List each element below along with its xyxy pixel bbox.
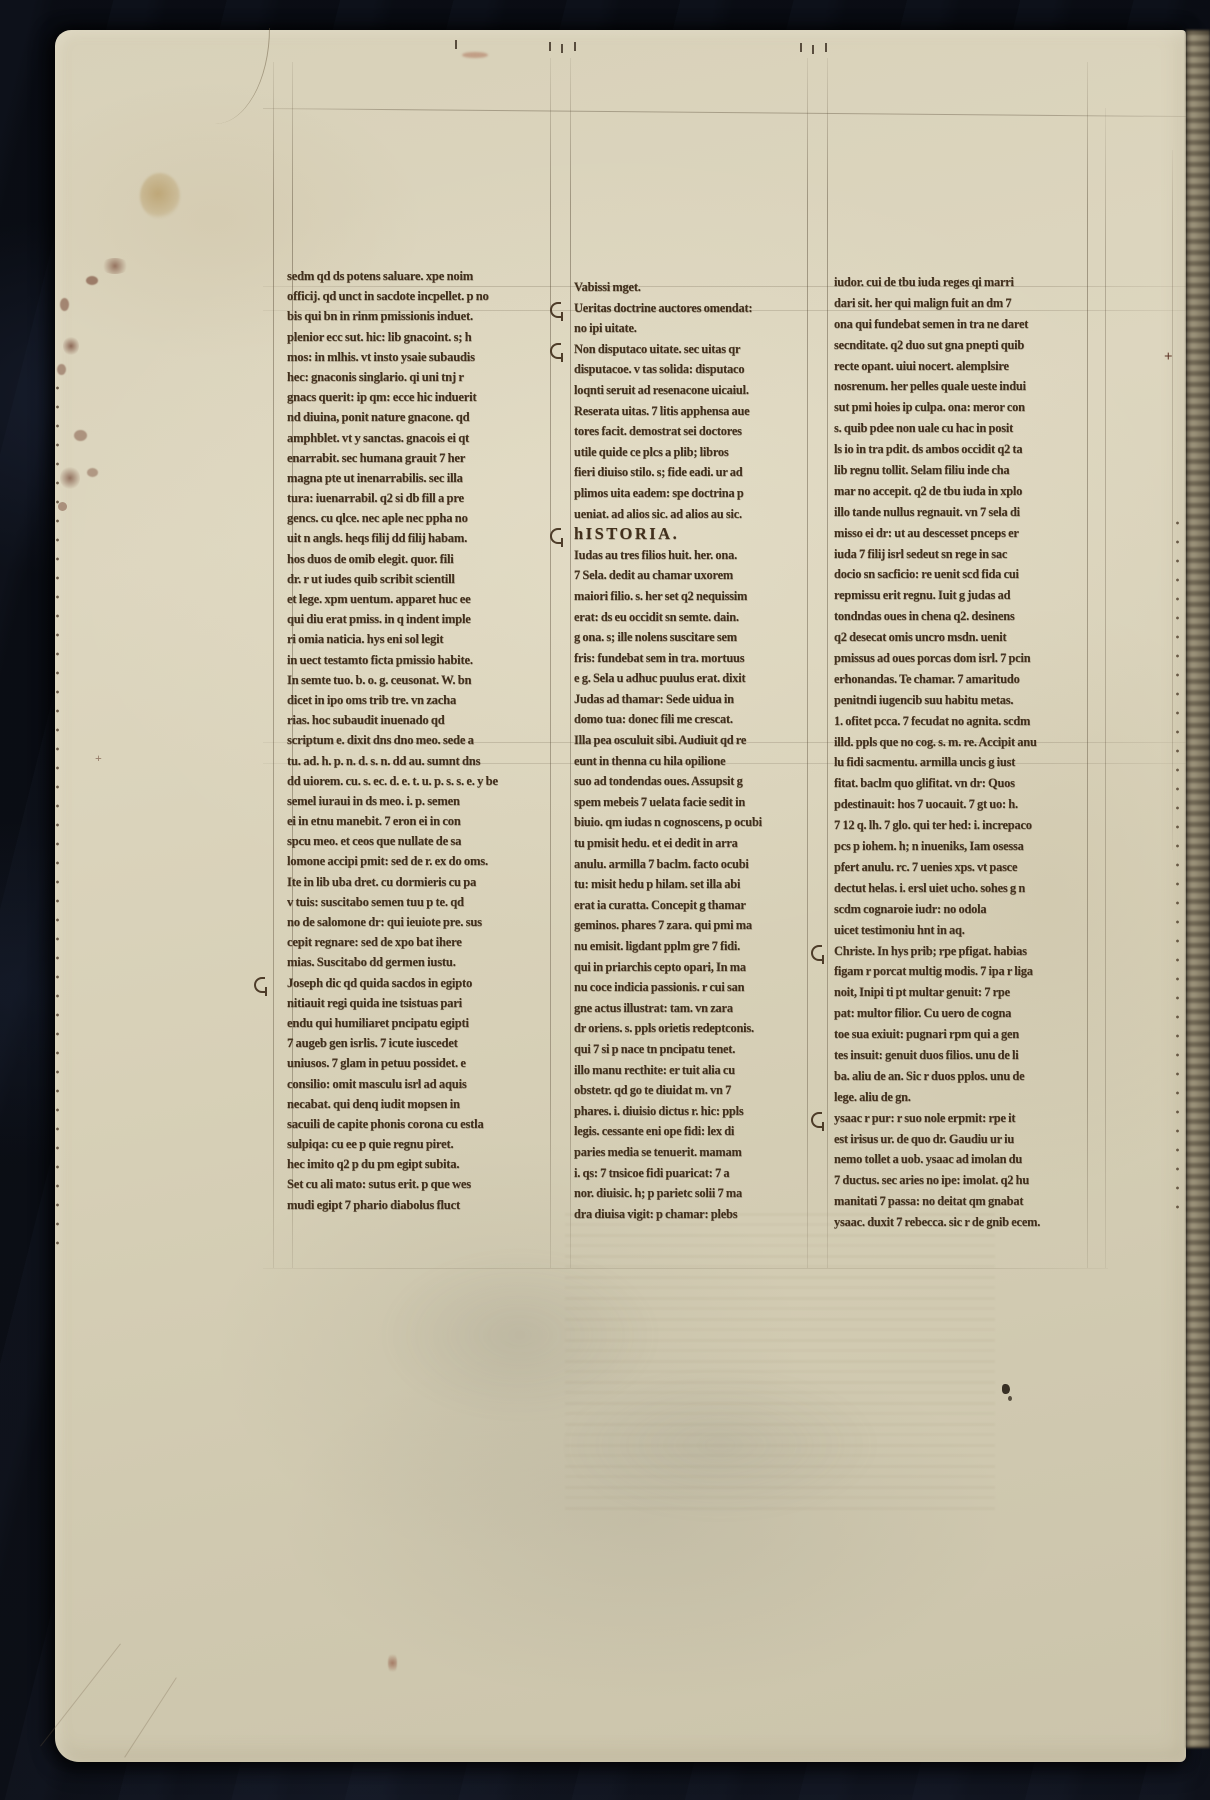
fold-crease <box>205 28 270 124</box>
text-line: iudor. cui de tbu iuda reges qi marri <box>834 272 1086 293</box>
text-line: tu pmisit hedu. et ei dedit in arra <box>574 833 804 854</box>
text-line: 7 ductus. sec aries no ipe: imolat. q2 h… <box>834 1170 1086 1191</box>
text-line: spcu meo. et ceos que nullate de sa <box>287 831 549 851</box>
stain <box>87 468 98 477</box>
text-line: v tuis: suscitabo semen tuu p te. qd <box>287 892 549 912</box>
text-line: plimos uita eadem: spe doctrina p <box>574 483 804 504</box>
text-line: Joseph dic qd quida sacdos in egipto <box>287 973 549 993</box>
text-line: consilio: omit masculu isrl ad aquis <box>287 1074 549 1094</box>
quire-mark <box>825 43 827 52</box>
text-line: obstetr. qd go te diuidat m. vn 7 <box>574 1080 804 1101</box>
text-line: amphblet. vt y sanctas. gnacois ei qt <box>287 428 549 448</box>
text-line: Judas ad thamar: Sede uidua in <box>574 689 804 710</box>
text-line: eunt in thenna cu hila opilione <box>574 751 804 772</box>
stain <box>100 258 130 274</box>
text-line: e g. Sela u adhuc puulus erat. dixit <box>574 668 804 689</box>
text-line: manitati 7 passa: no deitat qm gnabat <box>834 1191 1086 1212</box>
cross-mark-left: + <box>95 752 102 764</box>
text-line: nosrenum. her pelles quale ueste indui <box>834 376 1086 397</box>
stain <box>60 466 80 490</box>
text-line: nd diuina, ponit nature gnacone. qd <box>287 407 549 427</box>
text-line: dr oriens. s. ppls orietis redeptconis. <box>574 1018 804 1039</box>
text-line: disputacoe. v tas solida: disputaco <box>574 359 804 380</box>
text-showthrough <box>565 1210 995 1510</box>
text-column-3: iudor. cui de tbu iuda reges qi marridar… <box>834 272 1086 1233</box>
text-line: hec: gnaconis singlario. qi uni tnj r <box>287 367 549 387</box>
text-line: dd uiorem. cu. s. ec. d. e. t. u. p. s. … <box>287 771 549 791</box>
text-line: g ona. s; ille nolens suscitare sem <box>574 627 804 648</box>
text-line: utile quide ce plcs a plib; libros <box>574 442 804 463</box>
text-line: 7 augeb gen isrlis. 7 icute iuscedet <box>287 1033 549 1053</box>
text-line: sacuili de capite phonis corona cu estla <box>287 1114 549 1134</box>
text-line: no ipi uitate. <box>574 318 804 339</box>
rubric-smear <box>462 52 488 58</box>
text-line: ona qui fundebat semen in tra ne daret <box>834 314 1086 335</box>
text-line: gnacs querit: ip qm: ecce hic induerit <box>287 387 549 407</box>
paraph-mark <box>811 945 822 961</box>
quire-mark <box>800 43 802 52</box>
text-line: erhonandas. Te chamar. 7 amaritudo <box>834 669 1086 690</box>
text-line: Non disputaco uitate. sec uitas qr <box>574 339 804 360</box>
text-line: In semte tuo. b. o. g. ceusonat. W. bn <box>287 670 549 690</box>
text-line: illo manu recthite: er tuit alia cu <box>574 1060 804 1081</box>
text-line: sedm qd ds potens saluare. xpe noim <box>287 266 549 286</box>
text-line: no de salomone dr: qui ieuiote pre. sus <box>287 912 549 932</box>
text-line: dra diuisa vigit: p chamar: plebs <box>574 1204 804 1225</box>
text-line: pmissus ad oues porcas dom isrl. 7 pcin <box>834 648 1086 669</box>
crease-line <box>40 1643 121 1746</box>
text-line: phares. i. diuisio dictus r. hic: ppls <box>574 1101 804 1122</box>
stain <box>63 336 79 356</box>
text-line: ba. aliu de an. Sic r duos pplos. unu de <box>834 1066 1086 1087</box>
text-line: 7 12 q. lh. 7 glo. qui ter hed: i. incre… <box>834 815 1086 836</box>
text-line: qui 7 si p nace tn pncipatu tenet. <box>574 1039 804 1060</box>
text-line: mos: in mlhis. vt insto ysaie subaudis <box>287 347 549 367</box>
fore-edge-pages <box>1186 30 1210 1748</box>
text-line: illo tande nullus regnauit. vn 7 sela di <box>834 502 1086 523</box>
ruling-line-vertical <box>1087 62 1088 1268</box>
text-line: sut pmi hoies ip culpa. ona: meror con <box>834 397 1086 418</box>
text-line: nu emisit. ligdant pplm gre 7 fidi. <box>574 936 804 957</box>
ink-spot <box>1008 1396 1012 1401</box>
text-line: mias. Suscitabo dd germen iustu. <box>287 952 549 972</box>
text-line: tondndas oues in chena q2. desinens <box>834 606 1086 627</box>
text-line: lege. aliu de gn. <box>834 1087 1086 1108</box>
ruling-line-vertical <box>1105 108 1106 1268</box>
text-line: legis. cessante eni ope fidi: lex di <box>574 1121 804 1142</box>
text-line: erat: ds eu occidit sn semte. dain. <box>574 607 804 628</box>
text-line: dr. r ut iudes quib scribit scientill <box>287 569 549 589</box>
text-line: nu coce indicia passionis. r cui san <box>574 977 804 998</box>
text-line: tura: iuenarrabil. q2 si db fill a pre <box>287 488 549 508</box>
text-line: necabat. qui denq iudit mopsen in <box>287 1094 549 1114</box>
text-line: domo tua: donec fili me crescat. <box>574 709 804 730</box>
text-column-2: Vabissi mget.Ueritas doctrine auctores o… <box>574 277 804 1224</box>
text-line: erat ia curatta. Concepit g thamar <box>574 895 804 916</box>
text-line: scriptum e. dixit dns dno meo. sede a <box>287 730 549 750</box>
text-line: penitndi iugencib suu habitu metas. <box>834 690 1086 711</box>
text-line: qui diu erat pmiss. in q indent imple <box>287 609 549 629</box>
text-line: loqnti seruit ad resenacone uicaiul. <box>574 380 804 401</box>
text-line: secnditate. q2 duo sut gna pnepti quib <box>834 335 1086 356</box>
text-line: Ite in lib uba dret. cu dormieris cu pa <box>287 872 549 892</box>
quire-mark <box>561 44 563 53</box>
text-line: officij. qd unct in sacdote incpellet. p… <box>287 286 549 306</box>
paraph-mark <box>811 1112 822 1128</box>
text-line: mudi egipt 7 phario diabolus fluct <box>287 1195 549 1215</box>
text-line: iuda 7 filij isrl sedeut sn rege in sac <box>834 544 1086 565</box>
text-line: semel iuraui in ds meo. i. p. semen <box>287 791 549 811</box>
manuscript-photograph: { "document": { "kind": "medieval manusc… <box>0 0 1210 1800</box>
text-line: ls io in tra pdit. ds ambos occidit q2 t… <box>834 439 1086 460</box>
text-line: docio sn sacficio: re uenit scd fida cui <box>834 564 1086 585</box>
text-line: Iudas au tres filios huit. her. ona. <box>574 545 804 566</box>
text-line: magna pte ut inenarrabilis. sec illa <box>287 468 549 488</box>
cross-mark-right: + <box>1164 350 1173 365</box>
text-line: nitiauit regi quida ine tsistuas pari <box>287 993 549 1013</box>
paraph-mark <box>550 302 561 318</box>
text-line: ei in etnu manebit. 7 eron ei in con <box>287 811 549 831</box>
text-line: figam r porcat multig modis. 7 ipa r lig… <box>834 961 1086 982</box>
crease-line <box>124 1677 177 1757</box>
text-line: toe sua exiuit: pugnari rpm qui a gen <box>834 1024 1086 1045</box>
stain <box>58 502 67 511</box>
text-column-1: sedm qd ds potens saluare. xpe noimoffic… <box>287 266 549 1215</box>
text-line: Illa pea osculuit sibi. Audiuit qd re <box>574 730 804 751</box>
text-line: pat: multor filior. Cu uero de cogna <box>834 1003 1086 1024</box>
text-line: uit n angls. heqs filij dd filij habam. <box>287 528 549 548</box>
paraph-mark <box>550 528 561 544</box>
text-line: tu. ad. h. p. n. d. s. n. dd au. sumnt d… <box>287 751 549 771</box>
text-line: cepit regnare: sed de xpo bat ihere <box>287 932 549 952</box>
paraph-mark <box>550 343 561 359</box>
text-line: biuio. qm iudas n cognoscens, p ocubi <box>574 812 804 833</box>
stain <box>388 1652 397 1674</box>
text-line: maiori filio. s. her set q2 nequissim <box>574 586 804 607</box>
text-line: fieri diuiso stilo. s; fide eadi. ur ad <box>574 462 804 483</box>
text-line: ysaac. duxit 7 rebecca. sic r de gnib ec… <box>834 1212 1086 1233</box>
text-line: dari sit. her qui malign fuit an dm 7 <box>834 293 1086 314</box>
ink-spot <box>1002 1384 1010 1394</box>
pricking-holes-right <box>1176 520 1179 1210</box>
text-line: rias. hoc subaudit inuenado qd <box>287 710 549 730</box>
text-line: noit, Inipi ti pt multar genuit: 7 rpe <box>834 982 1086 1003</box>
text-line: Set cu ali mato: sutus erit. p que wes <box>287 1174 549 1194</box>
text-line: dicet in ipo oms trib tre. vn zacha <box>287 690 549 710</box>
text-line: anulu. armilla 7 baclm. facto ocubi <box>574 854 804 875</box>
text-line: uniusos. 7 glam in petuu possidet. e <box>287 1053 549 1073</box>
text-line: geminos. phares 7 zara. qui pmi ma <box>574 915 804 936</box>
ruling-line-vertical <box>570 58 571 1268</box>
text-line: lu fidi sacmentu. armilla uncis g iust <box>834 752 1086 773</box>
text-line: est irisus ur. de quo dr. Gaudiu ur iu <box>834 1129 1086 1150</box>
ruling-line-vertical <box>550 58 551 1268</box>
text-line: gne actus illustrat: tam. vn zara <box>574 998 804 1019</box>
text-line: suo ad tondendas oues. Assupsit g <box>574 771 804 792</box>
text-line: pdestinauit: hos 7 uocauit. 7 gt uo: h. <box>834 794 1086 815</box>
quire-mark <box>549 42 551 51</box>
text-line: s. quib pdee non uale cu hac in posit <box>834 418 1086 439</box>
text-line: pcs p iohem. h; n inueniks, Iam osessa <box>834 836 1086 857</box>
text-line: enarrabit. sec humana grauit 7 her <box>287 448 549 468</box>
stain <box>60 298 69 311</box>
text-line: repmissu erit regnu. Iuit g judas ad <box>834 585 1086 606</box>
pricking-holes-left <box>56 385 59 1245</box>
text-line: ysaac r pur: r suo nole erpmit: rpe it <box>834 1108 1086 1129</box>
text-line: scdm cognaroie iudr: no odola <box>834 899 1086 920</box>
quire-mark <box>455 40 457 49</box>
text-line: pfert anulu. rc. 7 uenies xps. vt pasce <box>834 857 1086 878</box>
text-line: i. qs: 7 tnsicoe fidi puaricat: 7 a <box>574 1163 804 1184</box>
paraph-mark <box>254 977 265 993</box>
ruling-line-vertical <box>1172 150 1173 850</box>
stain <box>74 430 87 441</box>
text-line: tes insuit: genuit duos filios. unu de l… <box>834 1045 1086 1066</box>
text-line: dectut helas. i. ersl uiet ucho. sohes g… <box>834 878 1086 899</box>
text-line: q2 desecat omis uncro msdn. uenit <box>834 627 1086 648</box>
section-heading-historia: hISTORIA. <box>574 524 804 545</box>
text-line: ri omia naticia. hys eni sol legit <box>287 629 549 649</box>
text-line: misso ei dr: ut au descesset pnceps er <box>834 523 1086 544</box>
text-line: endu qui humiliaret pncipatu egipti <box>287 1013 549 1033</box>
text-line: ueniat. ad alios sic. ad alios au sic. <box>574 504 804 525</box>
text-line: Christe. In hys prib; rpe pfigat. habias <box>834 941 1086 962</box>
text-line: sulpiqa: cu ee p quie regnu piret. <box>287 1134 549 1154</box>
text-line: fris: fundebat sem in tra. mortuus <box>574 648 804 669</box>
text-line: lib regnu tollit. Selam filiu inde cha <box>834 460 1086 481</box>
text-line: illd. ppls que no cog. s. m. re. Accipit… <box>834 732 1086 753</box>
quire-mark <box>574 42 576 51</box>
text-line: 7 Sela. dedit au chamar uxorem <box>574 565 804 586</box>
text-line: gencs. cu qlce. nec aple nec ppha no <box>287 508 549 528</box>
text-line: Vabissi mget. <box>574 277 804 298</box>
text-line: spem mebeis 7 uelata facie sedit in <box>574 792 804 813</box>
ruling-line-vertical <box>273 62 274 1268</box>
text-line: tores facit. demostrat sei doctores <box>574 421 804 442</box>
text-line: nemo tollet a uob. ysaac ad imolan du <box>834 1149 1086 1170</box>
text-line: qui in priarchis cepto opari, In ma <box>574 957 804 978</box>
text-line: hos duos de omib elegit. quor. fili <box>287 549 549 569</box>
text-line: Reserata uitas. 7 litis apphensa aue <box>574 401 804 422</box>
text-line: lomone accipi pmit: sed de r. ex do oms. <box>287 851 549 871</box>
text-line: 1. ofitet pcca. 7 fecudat no agnita. scd… <box>834 711 1086 732</box>
stain <box>86 276 98 285</box>
text-line: in uect testamto ficta pmissio habite. <box>287 650 549 670</box>
quire-mark <box>812 45 814 54</box>
text-line: recte opant. uiui nocert. alemplsire <box>834 356 1086 377</box>
text-line: et lege. xpm uentum. apparet huc ee <box>287 589 549 609</box>
text-line: nor. diuisic. h; p parietc solii 7 ma <box>574 1183 804 1204</box>
text-line: fitat. baclm quo glifitat. vn dr: Quos <box>834 773 1086 794</box>
text-line: plenior ecc sut. hic: lib gnacoint. s; h <box>287 327 549 347</box>
text-line: bis qui bn in rinm pmissionis induet. <box>287 306 549 326</box>
stain <box>140 173 180 219</box>
text-line: uicet testimoniu hnt in aq. <box>834 920 1086 941</box>
text-line: hec imito q2 p du pm egipt subita. <box>287 1154 549 1174</box>
text-line: mar no accepit. q2 de tbu iuda in xplo <box>834 481 1086 502</box>
ruling-line-vertical <box>807 58 808 1268</box>
text-line: Ueritas doctrine auctores omendat: <box>574 298 804 319</box>
ruling-line-vertical <box>827 58 828 1268</box>
text-line: tu: misit hedu p hilam. set illa abi <box>574 874 804 895</box>
stain <box>57 364 66 375</box>
text-line: paries media se tenuerit. mamam <box>574 1142 804 1163</box>
